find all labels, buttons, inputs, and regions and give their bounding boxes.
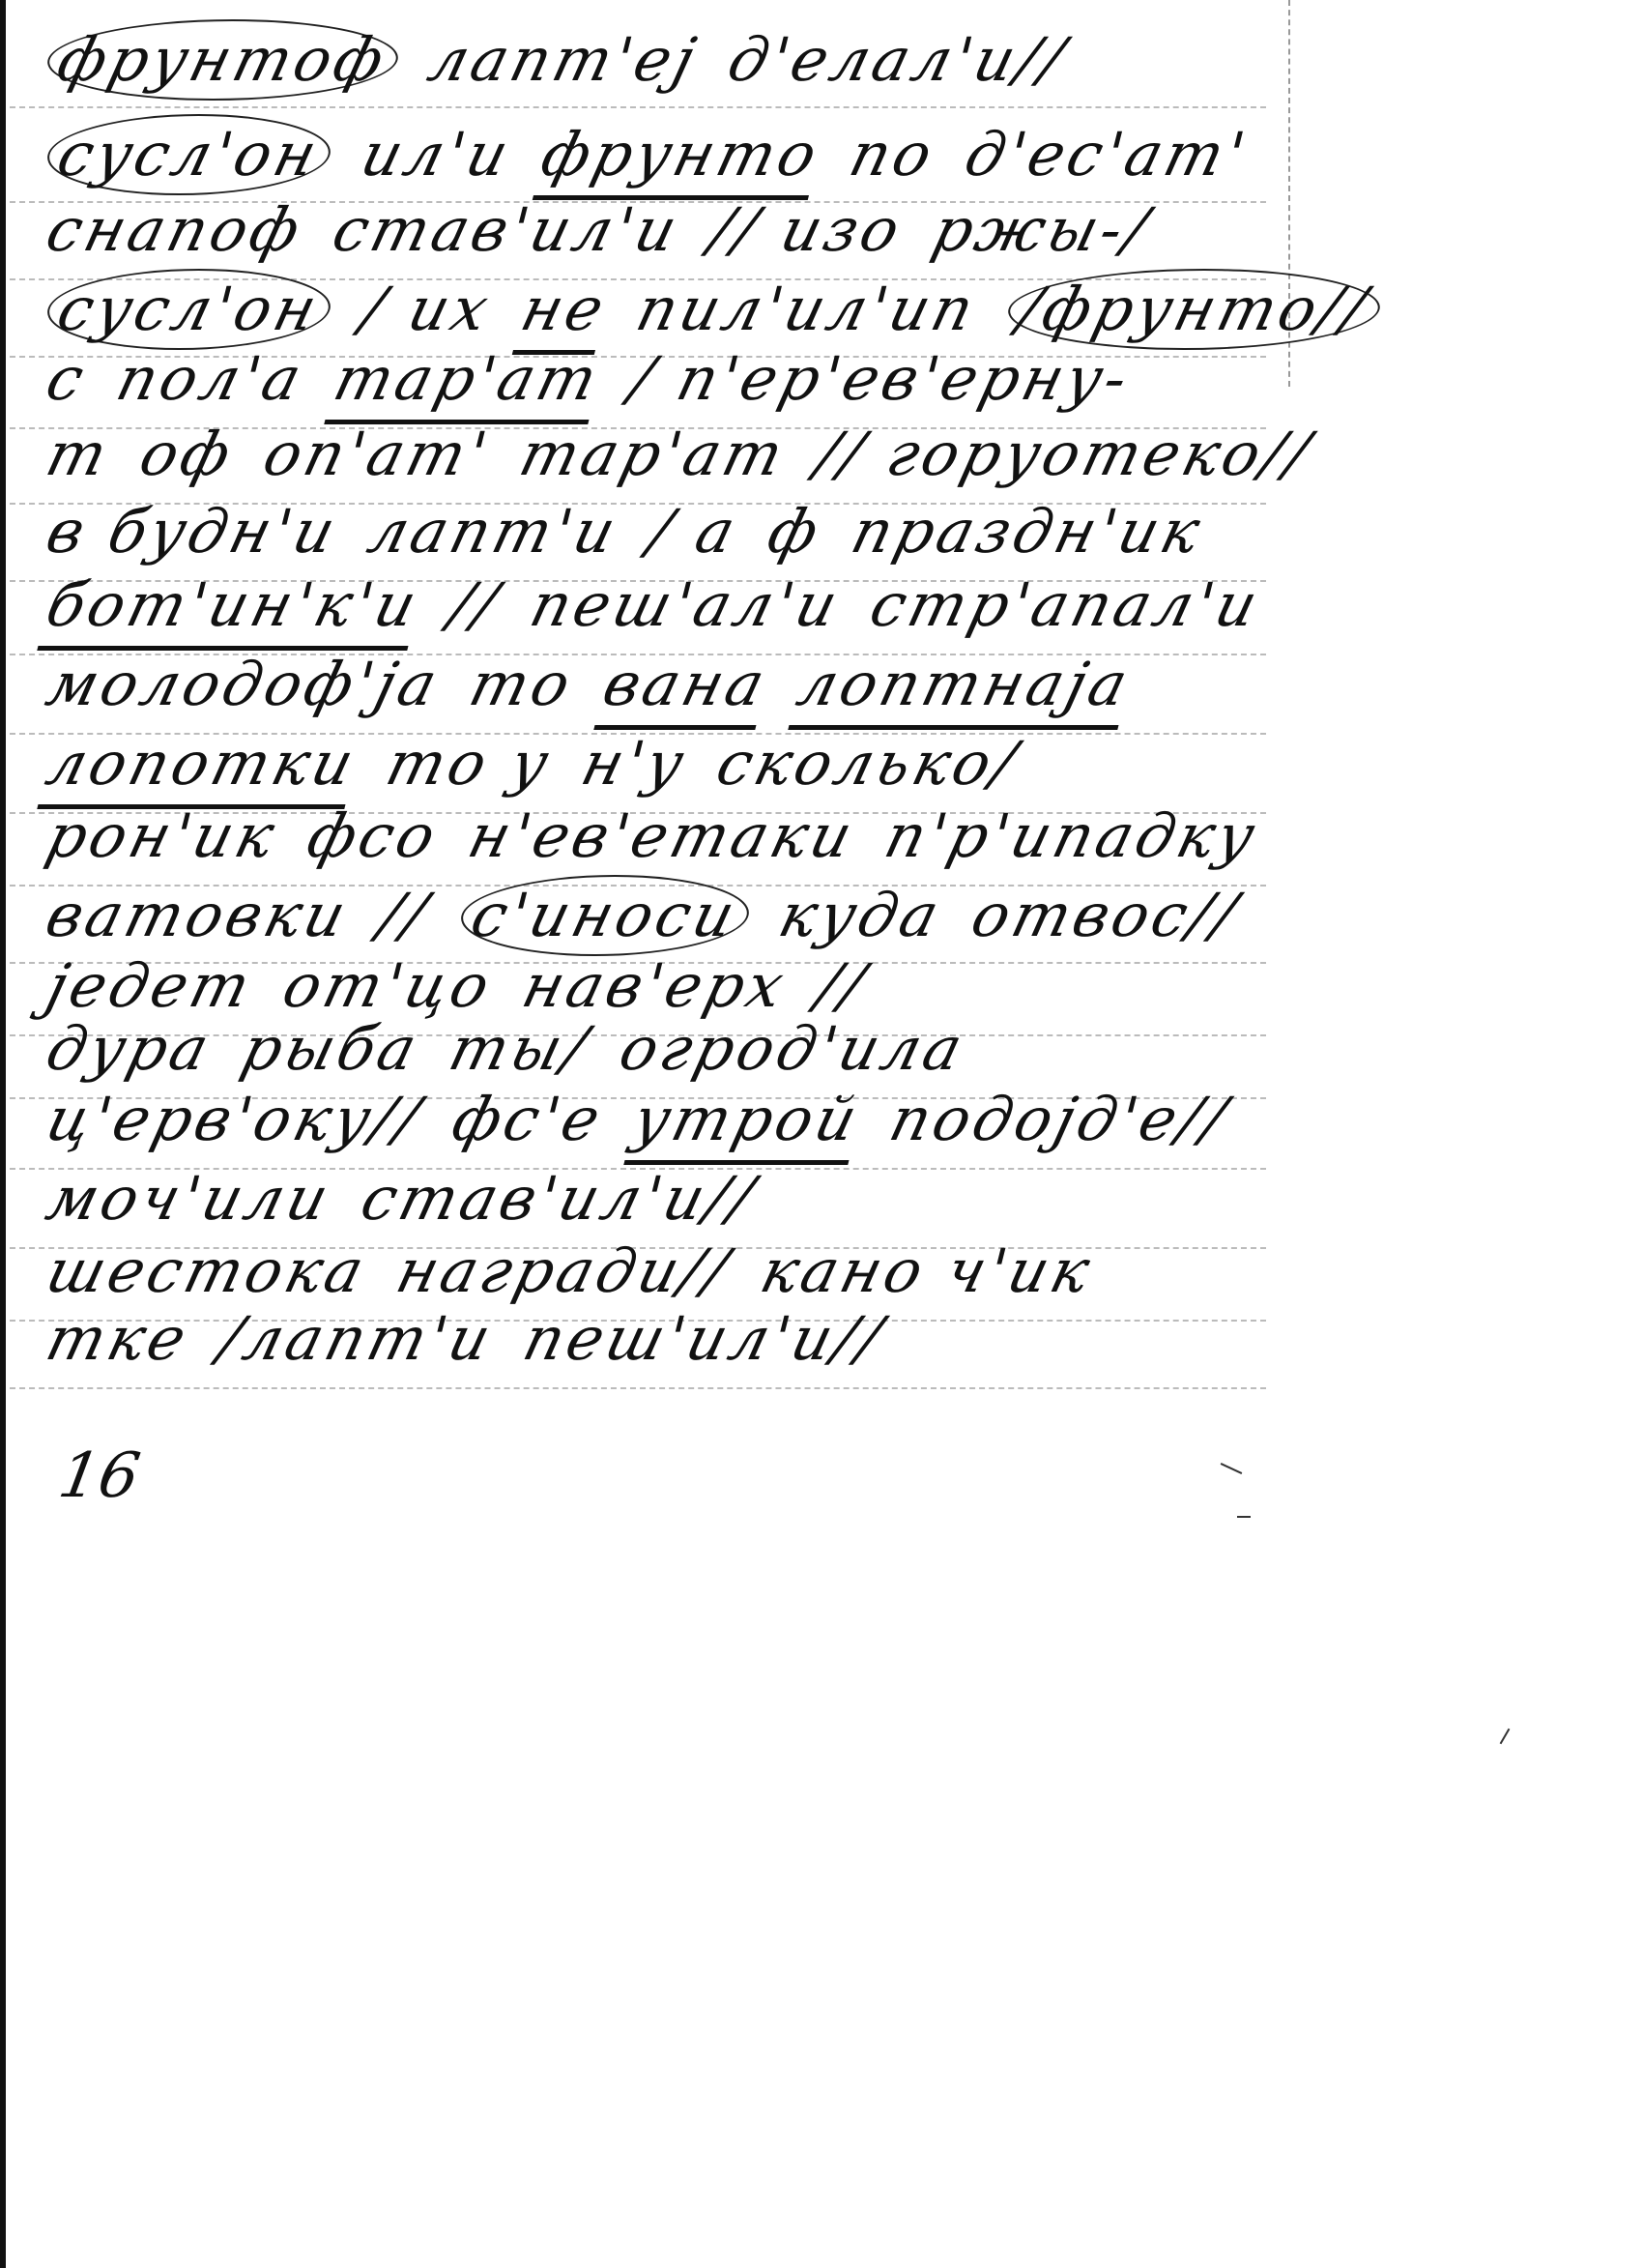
manuscript-word: ф: [760, 493, 829, 570]
manuscript-word: // горуотеко//: [808, 416, 1321, 493]
manuscript-line: в будн'илапт'и/ афпраздн'ик: [39, 493, 1305, 570]
manuscript-word: с: [39, 340, 96, 418]
manuscript-word: по: [842, 116, 943, 193]
manuscript-word: //: [442, 567, 509, 644]
manuscript-word: фрунто: [532, 116, 828, 200]
manuscript-word: став'ил'и//: [354, 1160, 765, 1237]
manuscript-word: фсо: [300, 798, 447, 875]
manuscript-word: ты/: [442, 1010, 598, 1088]
manuscript-word: бот'ин'к'и: [37, 567, 428, 651]
manuscript-word: лапт'еj: [420, 21, 706, 99]
scan-edge: [0, 0, 6, 2268]
manuscript-line: сусл'он/ ихнепил'ил'ип/фрунто//: [39, 269, 1305, 346]
page-number: 16: [53, 1440, 144, 1512]
manuscript-word: н'у: [574, 725, 696, 802]
manuscript-word: рон'ик: [39, 798, 286, 875]
manuscript-word: снапоф: [39, 191, 311, 269]
ruled-line: [10, 106, 1266, 108]
manuscript-line: тке/лапт'ипеш'ил'и//: [39, 1300, 1305, 1378]
manuscript-line: шестоканагради//кано ч'ик: [39, 1233, 1305, 1310]
manuscript-word: утрой: [623, 1081, 868, 1165]
manuscript-word: рыба: [234, 1010, 428, 1088]
manuscript-word: тке: [39, 1300, 197, 1378]
manuscript-word: ватовки: [39, 877, 358, 954]
manuscript-line: сусл'онил'ифрунтопод'ес'ат': [39, 114, 1305, 191]
manuscript-word: вана: [593, 646, 776, 730]
manuscript-line: дурарыбаты/огрод'ила: [39, 1010, 1305, 1088]
manuscript-line: снапофстав'ил'и// изоржы-/: [39, 191, 1305, 269]
manuscript-word: оф: [132, 416, 243, 493]
manuscript-word: д'елал'и//: [720, 21, 1076, 99]
manuscript-word: лопотки: [37, 725, 365, 809]
manuscript-word: лоптнаjа: [788, 646, 1139, 730]
manuscript-word: то у: [379, 725, 561, 802]
manuscript-word: / их: [354, 271, 500, 348]
manuscript-line: лопоткито ун'усколько/: [39, 725, 1305, 802]
manuscript-word: стр'апал'и: [862, 567, 1269, 644]
manuscript-word: кано ч'ик: [753, 1233, 1101, 1310]
manuscript-word: ил'и: [354, 116, 520, 193]
manuscript-word: н'ев'етаки: [460, 798, 863, 875]
manuscript-word: сусл'он: [38, 114, 340, 195]
manuscript-word: сколько/: [708, 725, 1026, 802]
manuscript-word: пол'а: [109, 340, 313, 418]
manuscript-word: /лапт'и: [212, 1300, 503, 1378]
manuscript-line: рон'икфсон'ев'етакип'р'ипадку: [39, 798, 1305, 875]
manuscript-word: в будн'и: [39, 493, 347, 570]
manuscript-word: ц'ерв'оку//: [39, 1081, 431, 1158]
manuscript-word: д'ес'ат': [957, 116, 1256, 193]
manuscript-word: отвос//: [964, 877, 1248, 954]
manuscript-line: моч'илистав'ил'и//: [39, 1160, 1305, 1237]
manuscript-word: пил'ил'ип: [629, 271, 986, 348]
manuscript-word: куда: [771, 877, 950, 954]
manuscript-word: огрод'ила: [612, 1010, 973, 1088]
manuscript-word: /фрунто//: [998, 269, 1390, 350]
manuscript-line: ц'ерв'оку//фс'еутройподоjд'е//: [39, 1081, 1305, 1158]
manuscript-word: ржы-/: [925, 191, 1159, 269]
ruled-line: [10, 1387, 1266, 1389]
manuscript-word: тар'ат: [325, 340, 609, 424]
manuscript-word: // изо: [702, 191, 911, 269]
manuscript-word: шестока: [39, 1233, 375, 1310]
stray-mark: [1221, 1463, 1243, 1474]
manuscript-word: фс'е: [445, 1081, 612, 1158]
manuscript-word: праздн'ик: [844, 493, 1211, 570]
stray-mark: [1500, 1729, 1511, 1745]
manuscript-word: то: [462, 646, 582, 723]
manuscript-word: пеш'ал'и: [523, 567, 850, 644]
manuscript-line: тофоп'ат'тар'ат// горуотеко//: [39, 416, 1305, 493]
manuscript-word: подоjд'е//: [882, 1081, 1238, 1158]
manuscript-word: молодоф'ja: [39, 646, 448, 723]
manuscript-word: тар'ат: [512, 416, 794, 493]
manuscript-line: молодоф'jaтованалоптнаjа: [39, 646, 1305, 723]
manuscript-word: сусл'он: [38, 269, 340, 350]
manuscript-word: моч'или: [39, 1160, 340, 1237]
manuscript-word: / а: [641, 493, 747, 570]
manuscript-line: ватовки//с'иносикудаотвос//: [39, 875, 1305, 952]
manuscript-word: награди//: [389, 1233, 739, 1310]
manuscript-word: с'иноси: [451, 875, 758, 956]
manuscript-word: пеш'ил'и//: [516, 1300, 894, 1378]
manuscript-word: лапт'и: [360, 493, 627, 570]
manuscript-word: оп'ат': [256, 416, 499, 493]
manuscript-word: дура: [39, 1010, 220, 1088]
manuscript-word: //: [371, 877, 439, 954]
manuscript-word: фрунтоф: [38, 19, 408, 101]
manuscript-line: спол'атар'ат/ п'ер'ев'ерну-: [39, 340, 1305, 418]
manuscript-line: бот'ин'к'и//пеш'ал'истр'апал'и: [39, 567, 1305, 644]
manuscript-line: фрунтофлапт'еjд'елал'и//: [39, 19, 1305, 97]
manuscript-word: п'р'ипадку: [878, 798, 1267, 875]
manuscript-page: фрунтофлапт'еjд'елал'и//сусл'онил'ифрунт…: [0, 0, 1643, 2268]
manuscript-word: став'ил'и: [325, 191, 688, 269]
stray-mark: [1237, 1516, 1251, 1518]
manuscript-word: / п'ер'ев'ерну-: [622, 340, 1139, 418]
